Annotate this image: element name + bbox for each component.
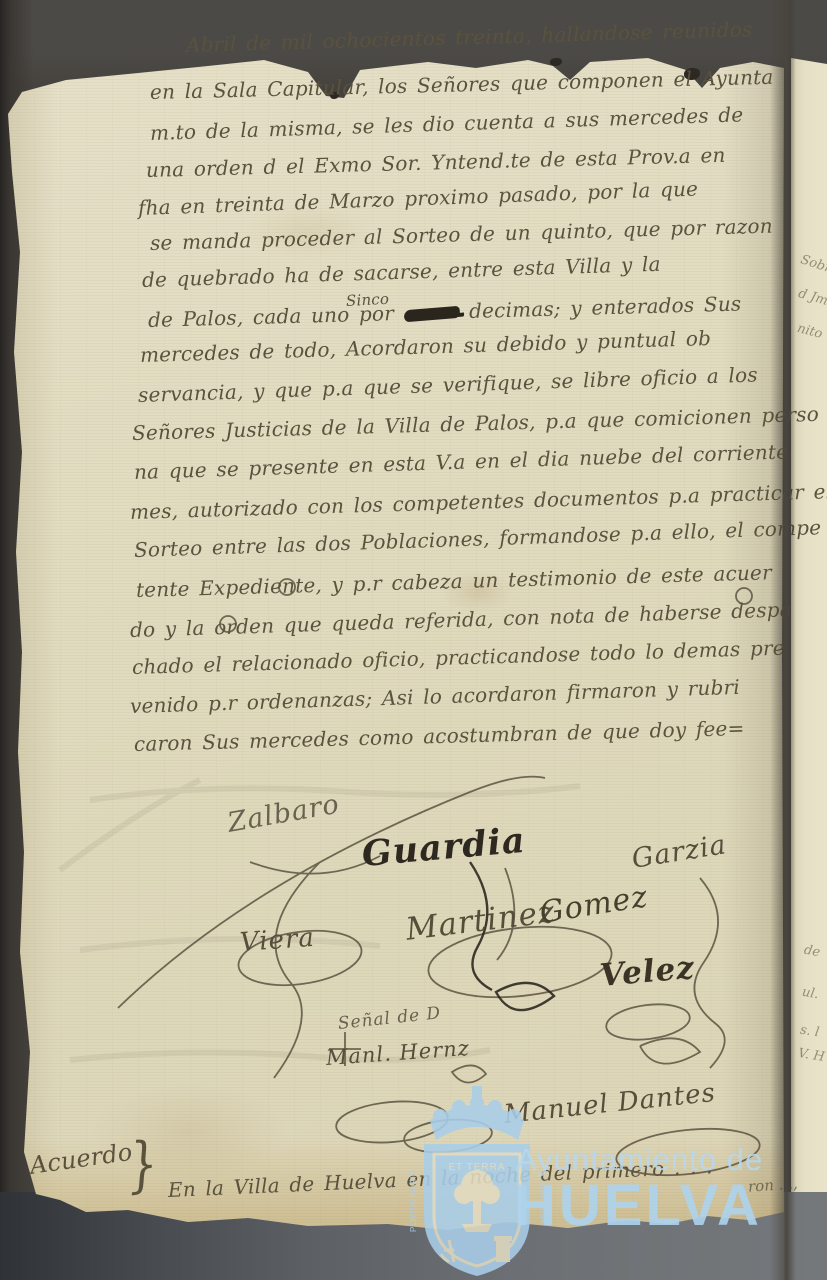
crossed-out-word xyxy=(403,305,460,321)
adjacent-fragment: s. l xyxy=(799,1023,820,1041)
signature-viera: Viera xyxy=(239,923,316,958)
scanned-manuscript-page: Sobre d Jm nito de ul. s. l V. H xyxy=(0,0,827,1280)
adjacent-page-edge xyxy=(791,58,827,1248)
ink-speck xyxy=(550,58,562,66)
manuscript-line: Abril de mil ochocientos treinta, hallan… xyxy=(186,17,753,57)
interlinear-insertion: Sinco xyxy=(346,290,390,310)
page-gutter-shadow xyxy=(770,0,796,1280)
margin-brace: } xyxy=(126,1128,160,1200)
adjacent-fragment: ul. xyxy=(801,985,820,1003)
adjacent-fragment: de xyxy=(803,943,821,961)
